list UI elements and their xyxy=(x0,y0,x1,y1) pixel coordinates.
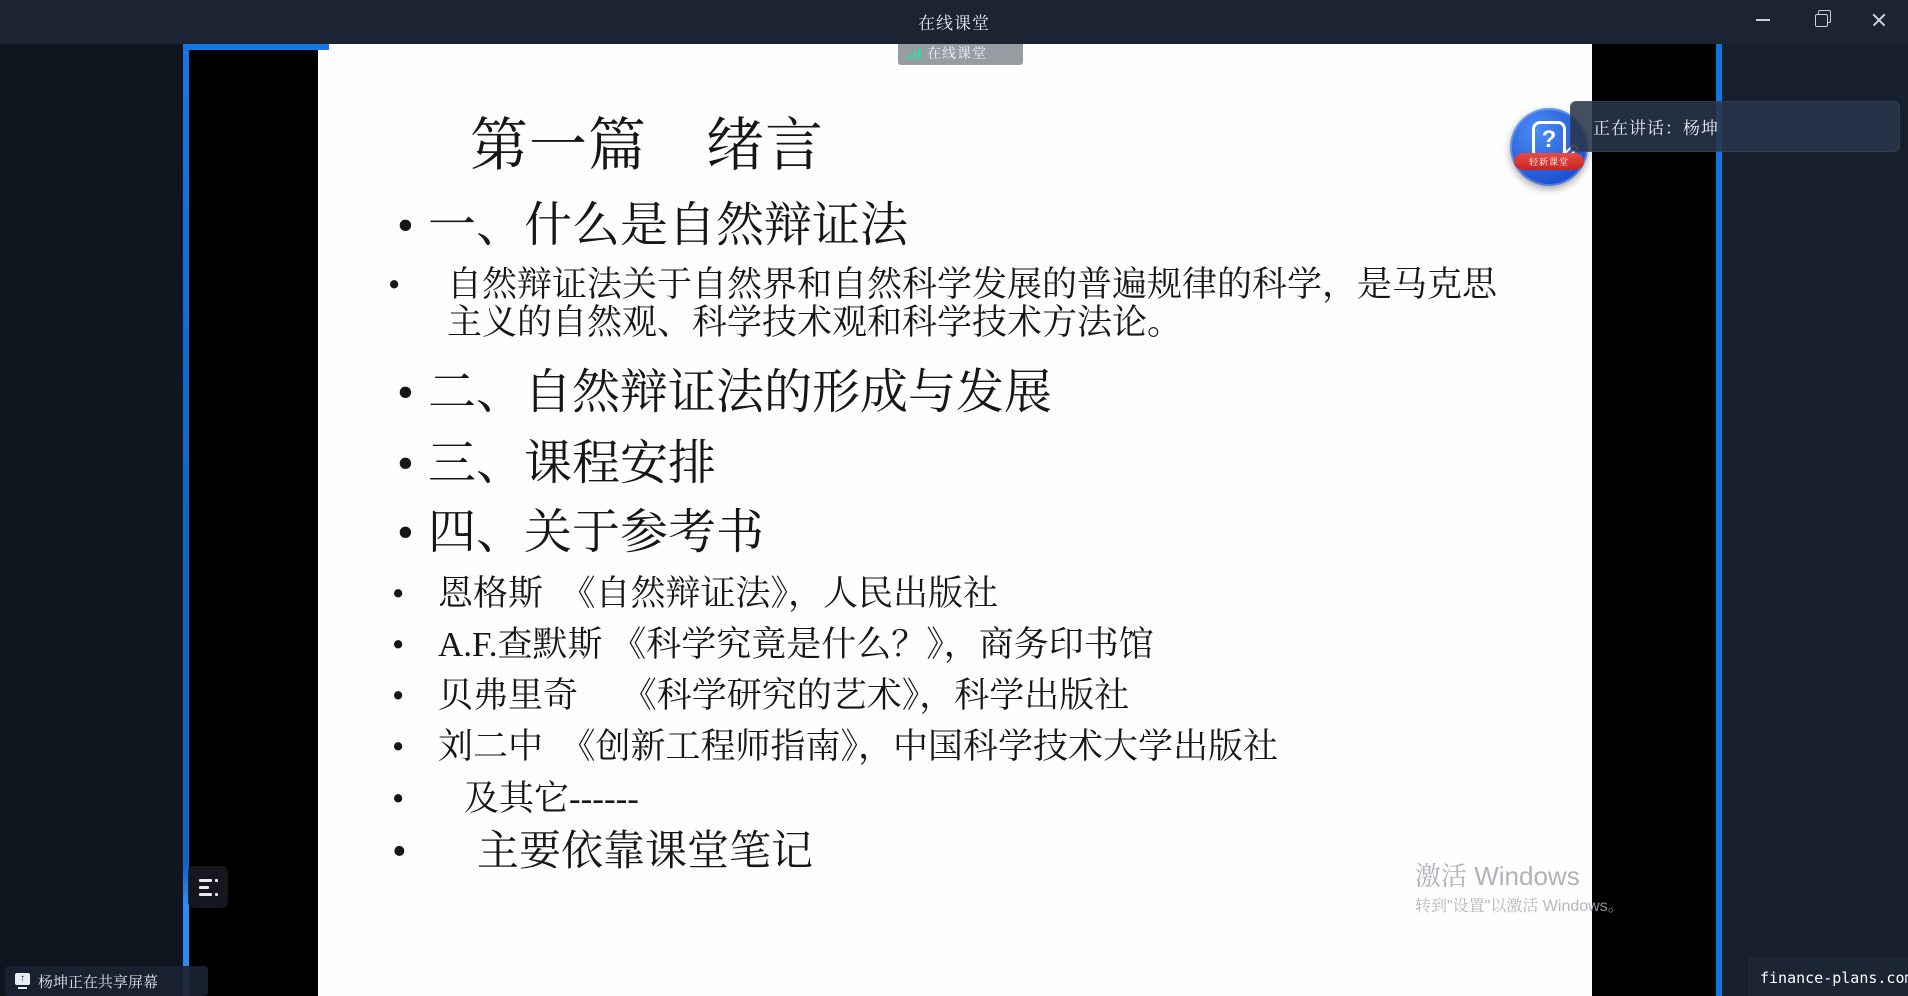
slide-bullet-line: • 主要依靠课堂笔记 xyxy=(392,829,813,876)
bullet-icon: • xyxy=(392,779,464,818)
left-letterbox xyxy=(0,44,183,996)
restore-button[interactable] xyxy=(1792,0,1850,40)
stream-status-badge[interactable]: 在线课堂 xyxy=(898,41,1023,65)
slide-bullet-line: • 贝弗里奇 《科学研究的艺术》，科学出版社 xyxy=(392,676,1129,715)
bullet-icon: • xyxy=(388,265,447,304)
bullet-text: 主要依靠课堂笔记 xyxy=(477,829,813,876)
bullet-text: 及其它------ xyxy=(464,779,639,818)
bullet-text: 二、自然辩证法的形成与发展 xyxy=(428,366,1052,420)
right-panel xyxy=(1722,44,1908,996)
brand-watermark: finance-plans.com xyxy=(1748,957,1908,996)
slide-bullet-line: • 刘二中 《创新工程师指南》，中国科学技术大学出版社 xyxy=(392,727,1278,766)
minimize-icon xyxy=(1756,19,1770,21)
bullet-icon: • xyxy=(392,727,438,766)
bullet-text: 一、什么是自然辩证法 xyxy=(428,199,908,253)
app-window: 第一篇 绪言 • 一、什么是自然辩证法 • 自然辩证法关于自然界和自然科学发展的… xyxy=(0,0,1908,996)
signal-bars-icon xyxy=(908,48,921,59)
bullet-text: 自然辩证法关于自然界和自然科学发展的普遍规律的科学，是马克思 xyxy=(447,265,1497,304)
slide-bullet-line: • 二、自然辩证法的形成与发展 xyxy=(397,366,1052,420)
bullet-text: 刘二中 《创新工程师指南》，中国科学技术大学出版社 xyxy=(438,727,1278,766)
screen-share-icon: ↑ xyxy=(15,973,30,989)
bullet-text: 三、课程安排 xyxy=(428,437,716,491)
bullet-text: A.F.查默斯 《科学究竟是什么？》，商务印书馆 xyxy=(438,625,1154,664)
classroom-ribbon-badge: 轻新课堂 xyxy=(1514,153,1584,170)
share-frame-left-border xyxy=(183,44,189,996)
slide-bullet-line: • 四、关于参考书 xyxy=(397,506,764,560)
bullet-text: 恩格斯 《自然辩证法》，人民出版社 xyxy=(438,574,998,613)
slide-bullet-line: • 自然辩证法关于自然界和自然科学发展的普遍规律的科学，是马克思 xyxy=(388,265,1497,304)
bullet-text: 主义的自然观、科学技术观和科学技术方法论。 xyxy=(447,303,1182,342)
bullet-text: 四、关于参考书 xyxy=(428,506,764,560)
activate-windows-subtext: 转到"设置"以激活 Windows。 xyxy=(1415,893,1624,916)
slide-bullet-line: • 恩格斯 《自然辩证法》，人民出版社 xyxy=(392,574,998,613)
notes-panel-button[interactable] xyxy=(188,866,228,908)
bullet-icon: • xyxy=(397,366,428,420)
minimize-button[interactable] xyxy=(1734,0,1792,40)
speaking-banner-label: 正在讲话：杨坤 xyxy=(1593,114,1719,139)
bullet-icon: • xyxy=(397,437,428,491)
list-icon xyxy=(199,879,218,896)
slide-bullet-line: • 一、什么是自然辩证法 xyxy=(397,199,908,253)
slide-bullet-line: • 及其它------ xyxy=(392,779,639,818)
bullet-icon: • xyxy=(397,199,428,253)
stream-badge-label: 在线课堂 xyxy=(927,43,987,63)
bullet-icon: • xyxy=(397,506,428,560)
bullet-icon: • xyxy=(392,625,438,664)
bullet-icon: • xyxy=(392,574,438,613)
close-button[interactable] xyxy=(1850,0,1908,40)
screen-share-label: 杨坤正在共享屏幕 xyxy=(38,971,158,992)
close-icon xyxy=(1871,12,1887,28)
speaking-banner: 正在讲话：杨坤 xyxy=(1570,101,1900,152)
share-frame-right-border xyxy=(1716,44,1722,996)
title-bar: 在线课堂 xyxy=(0,0,1908,44)
slide-bullet-line: • 三、课程安排 xyxy=(397,437,716,491)
slide-bullet-line: • A.F.查默斯 《科学究竟是什么？》，商务印书馆 xyxy=(392,625,1154,664)
screen-share-banner: ↑ 杨坤正在共享屏幕 xyxy=(5,966,208,996)
restore-icon xyxy=(1815,14,1827,26)
bullet-icon: • xyxy=(392,676,438,715)
activate-windows-watermark: 激活 Windows xyxy=(1415,856,1580,893)
bullet-icon: • xyxy=(392,829,477,876)
slide-paragraph-continuation: 主义的自然观、科学技术观和科学技术方法论。 xyxy=(447,303,1182,342)
window-controls xyxy=(1734,0,1908,40)
slide-title: 第一篇 绪言 xyxy=(470,98,824,182)
question-glyph: ? xyxy=(1542,126,1557,154)
window-title: 在线课堂 xyxy=(0,9,1908,34)
share-frame-top-border xyxy=(183,44,329,50)
bullet-text: 贝弗里奇 《科学研究的艺术》，科学出版社 xyxy=(438,676,1129,715)
